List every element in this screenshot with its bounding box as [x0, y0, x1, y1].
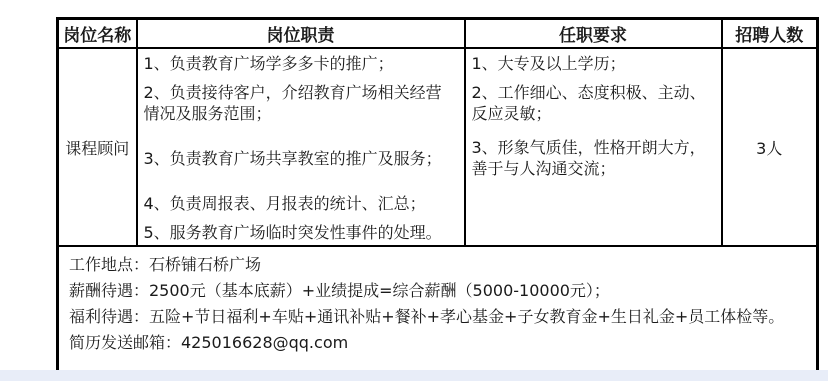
benefits-line: 福利待遇：五险+节日福利+车贴+通讯补贴+餐补+孝心基金+子女教育金+生日礼金+…	[69, 308, 806, 325]
position-name-cell: 课程顾问	[58, 48, 137, 246]
work-location-line: 工作地点：石桥铺石桥广场	[69, 256, 806, 273]
requirement-item-1: 1、大专及以上学历；	[472, 53, 715, 74]
requirement-item-2: 2、工作细心、态度积极、主动、反应灵敏；	[472, 82, 715, 124]
salary-line: 薪酬待遇：2500元（基本底薪）+业绩提成=综合薪酬（5000-10000元）；	[69, 282, 806, 299]
job-posting-table: 岗位名称 岗位职责 任职要求 招聘人数 课程顾问 1、负责教育广场学多多卡的推广…	[56, 17, 819, 374]
responsibility-item-4: 4、负责周报表、月报表的统计、汇总；	[144, 193, 458, 214]
responsibility-item-3: 3、负责教育广场共享教室的推广及服务；	[144, 148, 458, 169]
headcount-cell: 3人	[722, 48, 818, 246]
requirements-cell: 1、大专及以上学历； 2、工作细心、态度积极、主动、反应灵敏； 3、形象气质佳，…	[465, 48, 722, 246]
responsibilities-cell: 1、负责教育广场学多多卡的推广； 2、负责接待客户，介绍教育广场相关经营情况及服…	[137, 48, 465, 246]
header-row: 岗位名称 岗位职责 任职要求 招聘人数	[58, 19, 818, 49]
position-row: 课程顾问 1、负责教育广场学多多卡的推广； 2、负责接待客户，介绍教育广场相关经…	[58, 48, 818, 246]
resume-email-line: 简历发送邮箱：425016628@qq.com	[69, 334, 806, 351]
requirement-item-3: 3、形象气质佳，性格开朗大方，善于与人沟通交流；	[472, 137, 715, 179]
header-requirements: 任职要求	[465, 19, 722, 49]
header-responsibilities: 岗位职责	[137, 19, 465, 49]
responsibility-item-2: 2、负责接待客户，介绍教育广场相关经营情况及服务范围；	[144, 82, 458, 124]
responsibility-item-5: 5、服务教育广场临时突发性事件的处理。	[144, 222, 458, 243]
header-position-name: 岗位名称	[58, 19, 137, 49]
bottom-strip	[0, 370, 828, 381]
header-headcount: 招聘人数	[722, 19, 818, 49]
responsibility-item-1: 1、负责教育广场学多多卡的推广；	[144, 53, 458, 74]
info-cell: 工作地点：石桥铺石桥广场 薪酬待遇：2500元（基本底薪）+业绩提成=综合薪酬（…	[58, 246, 818, 372]
page: 岗位名称 岗位职责 任职要求 招聘人数 课程顾问 1、负责教育广场学多多卡的推广…	[0, 0, 828, 381]
info-row: 工作地点：石桥铺石桥广场 薪酬待遇：2500元（基本底薪）+业绩提成=综合薪酬（…	[58, 246, 818, 372]
